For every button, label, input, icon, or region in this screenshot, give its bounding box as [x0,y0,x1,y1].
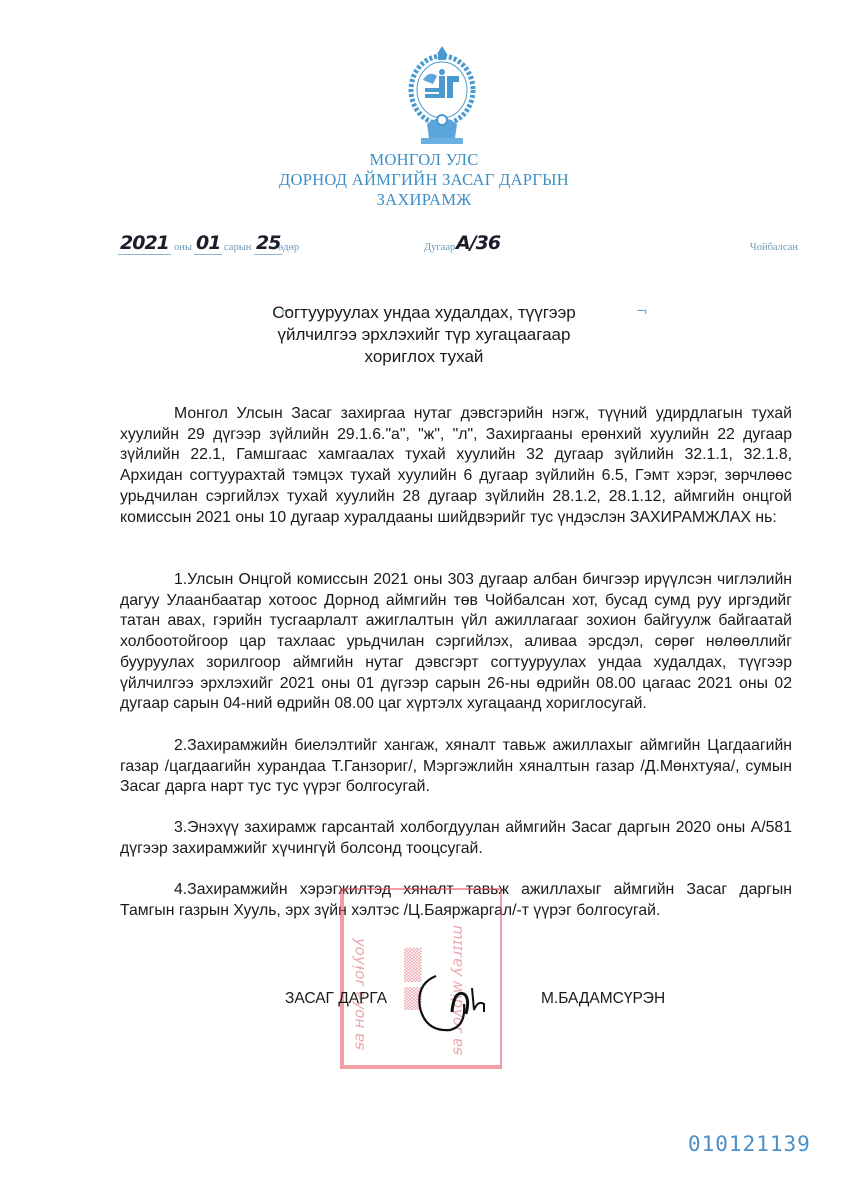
subject-line: Согтууруулах ундаа худалдах, түүгээр [0,302,848,324]
month-label: сарын [224,242,251,253]
order-item-3: 3.Энэхүү захирамж гарсантай холбогдуулан… [120,818,792,859]
document-header: МОНГОЛ УЛС ДОРНОД АЙМГИЙН ЗАСАГ ДАРГЫН З… [0,150,848,210]
serial-number: 010121139 [688,1132,811,1156]
city: Чойбалсан [750,242,798,253]
document-subject: Согтууруулах ундаа худалдах, түүгээр үйл… [0,302,848,368]
date-month: 01 [194,232,222,255]
issuing-authority: ДОРНОД АЙМГИЙН ЗАСАГ ДАРГЫН [0,170,848,190]
subject-line: үйлчилгээ эрхлэхийг түр хугацаагаар [0,324,848,346]
document-meta: 2021 оны 01 сарын 25 өдөр Дугаар А/36 Чо… [118,232,798,262]
date-year: 2021 [118,232,171,255]
subject-line: хориглох тухай [0,346,848,368]
number-label: Дугаар [424,242,455,253]
signatory-name: М.БАДАМСҮРЭН [541,990,665,1008]
document-type: ЗАХИРАМЖ [0,190,848,210]
year-label: оны [174,242,192,253]
order-item-1: 1.Улсын Онцгой комиссын 2021 оны 303 дуг… [120,570,792,715]
document-number: А/36 [456,232,500,254]
day-label: өдөр [278,242,299,253]
order-item-2: 2.Захирамжийн биелэлтийг хангаж, хяналт … [120,736,792,798]
signatory-title: ЗАСАГ ДАРГА [285,990,387,1008]
preamble-paragraph: Монгол Улсын Засаг захиргаа нутаг дэвсгэ… [120,404,792,528]
signature-mark [414,968,514,1038]
country-name: МОНГОЛ УЛС [0,150,848,170]
state-emblem-icon [407,42,477,146]
